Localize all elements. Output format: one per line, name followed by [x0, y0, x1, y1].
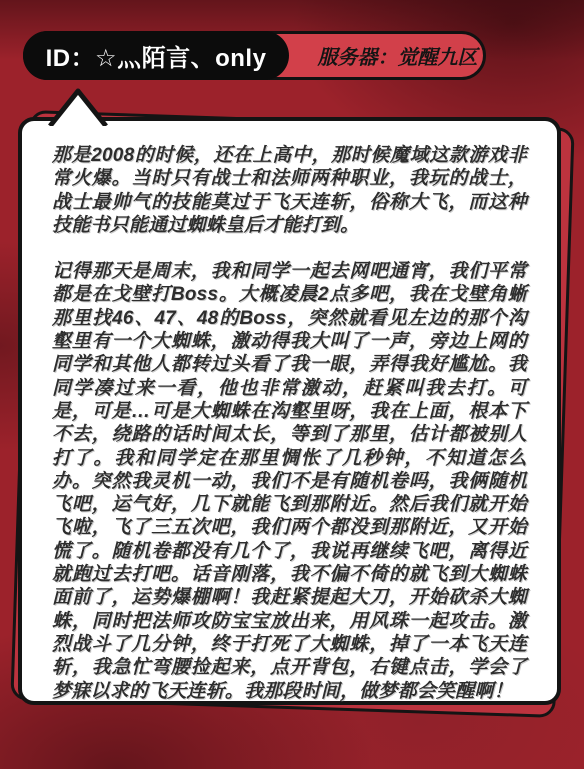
story-card: 那是2008的时候，还在上高中，那时候魔域这款游戏非常火爆。当时只有战士和法师两… [18, 117, 561, 705]
story-text: 那是2008的时候，还在上高中，那时候魔域这款游戏非常火爆。当时只有战士和法师两… [52, 144, 527, 703]
player-id-pill: ID：☆灬陌言、only [23, 31, 289, 80]
player-id-label: ID：☆灬陌言、only [46, 38, 267, 73]
story-paragraph-2: 记得那天是周末，我和同学一起去网吧通宵，我们平常都是在戈壁打Boss。大概凌晨2… [52, 260, 527, 703]
post-graphic: ID：☆灬陌言、only 服务器：觉醒九区 那是2008的时候，还在上高中，那时… [0, 0, 584, 769]
server-label: 服务器：觉醒九区 [314, 34, 481, 77]
player-badge: ID：☆灬陌言、only 服务器：觉醒九区 [23, 31, 486, 80]
story-paragraph-1: 那是2008的时候，还在上高中，那时候魔域这款游戏非常火爆。当时只有战士和法师两… [52, 144, 527, 237]
speech-tail-icon [48, 88, 108, 126]
